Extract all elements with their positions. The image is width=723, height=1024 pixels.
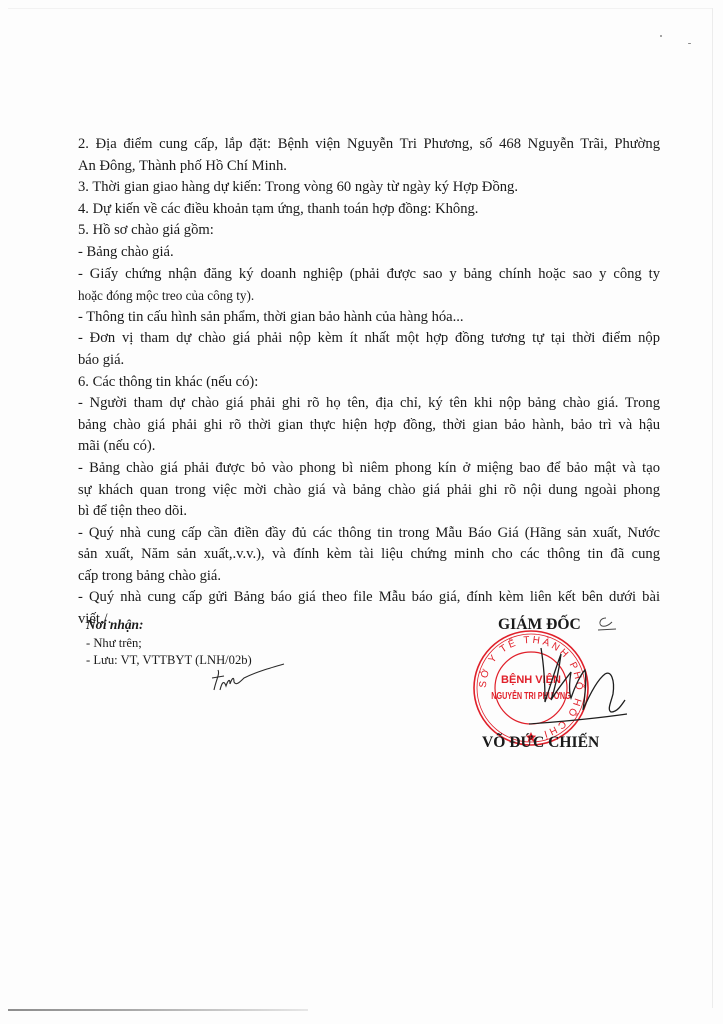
body-line: An Đông, Thành phố Hồ Chí Minh.	[78, 156, 660, 178]
body-line: bì để tiện theo dõi.	[78, 501, 660, 523]
document-body: 2. Địa điểm cung cấp, lắp đặt: Bệnh viện…	[78, 134, 660, 631]
page-edge	[712, 8, 713, 1008]
recipients-heading: Nơi nhận:	[86, 616, 252, 633]
body-line: - Quý nhà cung cấp gửi Bảng báo giá theo…	[78, 587, 660, 609]
body-line: sự khách quan trong việc mời chào giá và…	[78, 480, 660, 502]
body-line: mãi (nếu có).	[78, 436, 660, 458]
body-line: 4. Dự kiến về các điều khoản tạm ứng, th…	[78, 199, 660, 221]
body-line: - Quý nhà cung cấp cần điền đầy đủ các t…	[78, 523, 660, 545]
handwritten-mark	[592, 614, 620, 636]
body-line: báo giá.	[78, 350, 660, 372]
scan-speck	[660, 35, 662, 37]
body-line: 5. Hồ sơ chào giá gồm:	[78, 220, 660, 242]
body-line: 6. Các thông tin khác (nếu có):	[78, 372, 660, 394]
body-line: 3. Thời gian giao hàng dự kiến: Trong vò…	[78, 177, 660, 199]
body-line: - Đơn vị tham dự chào giá phải nộp kèm í…	[78, 328, 660, 350]
body-line: - Thông tin cấu hình sản phẩm, thời gian…	[78, 307, 660, 329]
scan-speck	[688, 43, 691, 44]
body-line: hoặc đóng mộc treo của công ty).	[78, 285, 660, 307]
body-line: - Giấy chứng nhận đăng ký doanh nghiệp (…	[78, 264, 660, 286]
director-signature	[525, 640, 635, 730]
recipient-item: - Như trên;	[86, 635, 252, 652]
scan-edge-line	[8, 1009, 308, 1011]
body-line: bảng chào giá phải ghi rõ thời gian thực…	[78, 415, 660, 437]
body-line: - Người tham dự chào giá phải ghi rõ họ …	[78, 393, 660, 415]
body-line: - Bảng chào giá.	[78, 242, 660, 264]
initials-signature	[206, 660, 286, 700]
body-line: cấp trong bảng chào giá.	[78, 566, 660, 588]
body-line: sản xuất, Năm sản xuất,.v.v.), và đính k…	[78, 544, 660, 566]
body-line: - Bảng chào giá phải được bỏ vào phong b…	[78, 458, 660, 480]
signer-name: VÕ ĐỨC CHIẾN	[482, 734, 599, 752]
page-edge	[8, 8, 712, 9]
body-line: 2. Địa điểm cung cấp, lắp đặt: Bệnh viện…	[78, 134, 660, 156]
